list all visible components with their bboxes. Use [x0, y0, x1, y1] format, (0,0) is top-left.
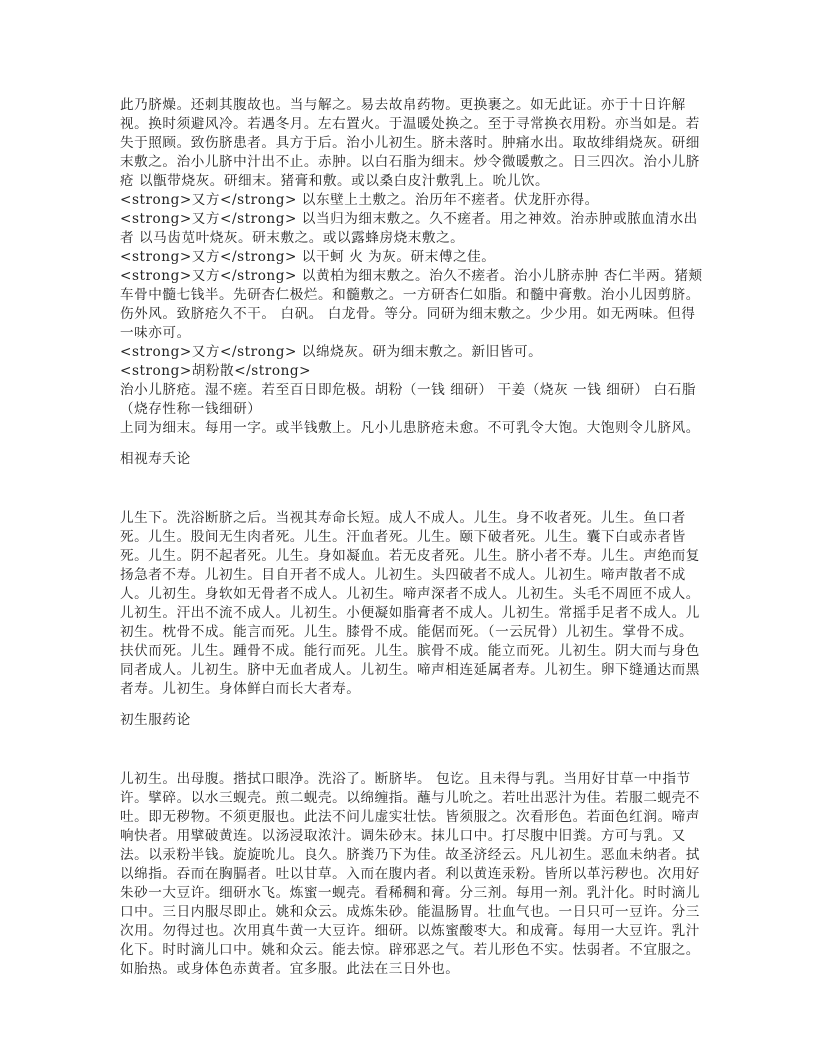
- spacer: [120, 469, 704, 509]
- spacer: [120, 699, 704, 711]
- paragraph-remedy-3: <strong>又方</strong> 以干蚵 火 为灰。研末傅之佳。: [120, 248, 704, 267]
- section-heading-xiangshi: 相视寿夭论: [120, 450, 704, 469]
- document-page: 此乃脐燥。还刺其腹故也。当与解之。易去故帛药物。更换裹之。如无此证。亦于十日许解…: [120, 96, 704, 979]
- paragraph-remedy-5: <strong>又方</strong> 以绵烧灰。研为细末敷之。新旧皆可。: [120, 343, 704, 362]
- paragraph-hufensan-usage: 上同为细末。每用一字。或半钱敷上。凡小儿患脐疮未愈。不可乳令大饱。大饱则令儿脐风…: [120, 419, 704, 438]
- section-heading-chusheng: 初生服药论: [120, 711, 704, 730]
- paragraph-remedy-2: <strong>又方</strong> 以当归为细末敷之。久不瘥者。用之神效。治…: [120, 210, 704, 248]
- paragraph-remedy-1: <strong>又方</strong> 以东壁上土敷之。治历年不瘥者。伏龙肝亦得…: [120, 191, 704, 210]
- spacer: [120, 730, 704, 770]
- paragraph-intro: 此乃脐燥。还刺其腹故也。当与解之。易去故帛药物。更换裹之。如无此证。亦于十日许解…: [120, 96, 704, 191]
- paragraph-chusheng-body: 儿初生。出母腹。揩拭口眼净。洗浴了。断脐毕。 包讫。且未得与乳。当用好甘草一中指…: [120, 770, 704, 979]
- paragraph-hufensan-title: <strong>胡粉散</strong>: [120, 362, 704, 381]
- paragraph-xiangshi-body: 儿生下。洗浴断脐之后。当视其寿命长短。成人不成人。儿生。身不收者死。儿生。鱼口者…: [120, 509, 704, 699]
- paragraph-hufensan-body: 治小儿脐疮。湿不瘥。若至百日即危极。胡粉（一钱 细研） 干姜（烧灰 一钱 细研）…: [120, 381, 704, 419]
- spacer: [120, 438, 704, 450]
- paragraph-remedy-4: <strong>又方</strong> 以黄柏为细末敷之。治久不瘥者。治小儿脐赤…: [120, 267, 704, 343]
